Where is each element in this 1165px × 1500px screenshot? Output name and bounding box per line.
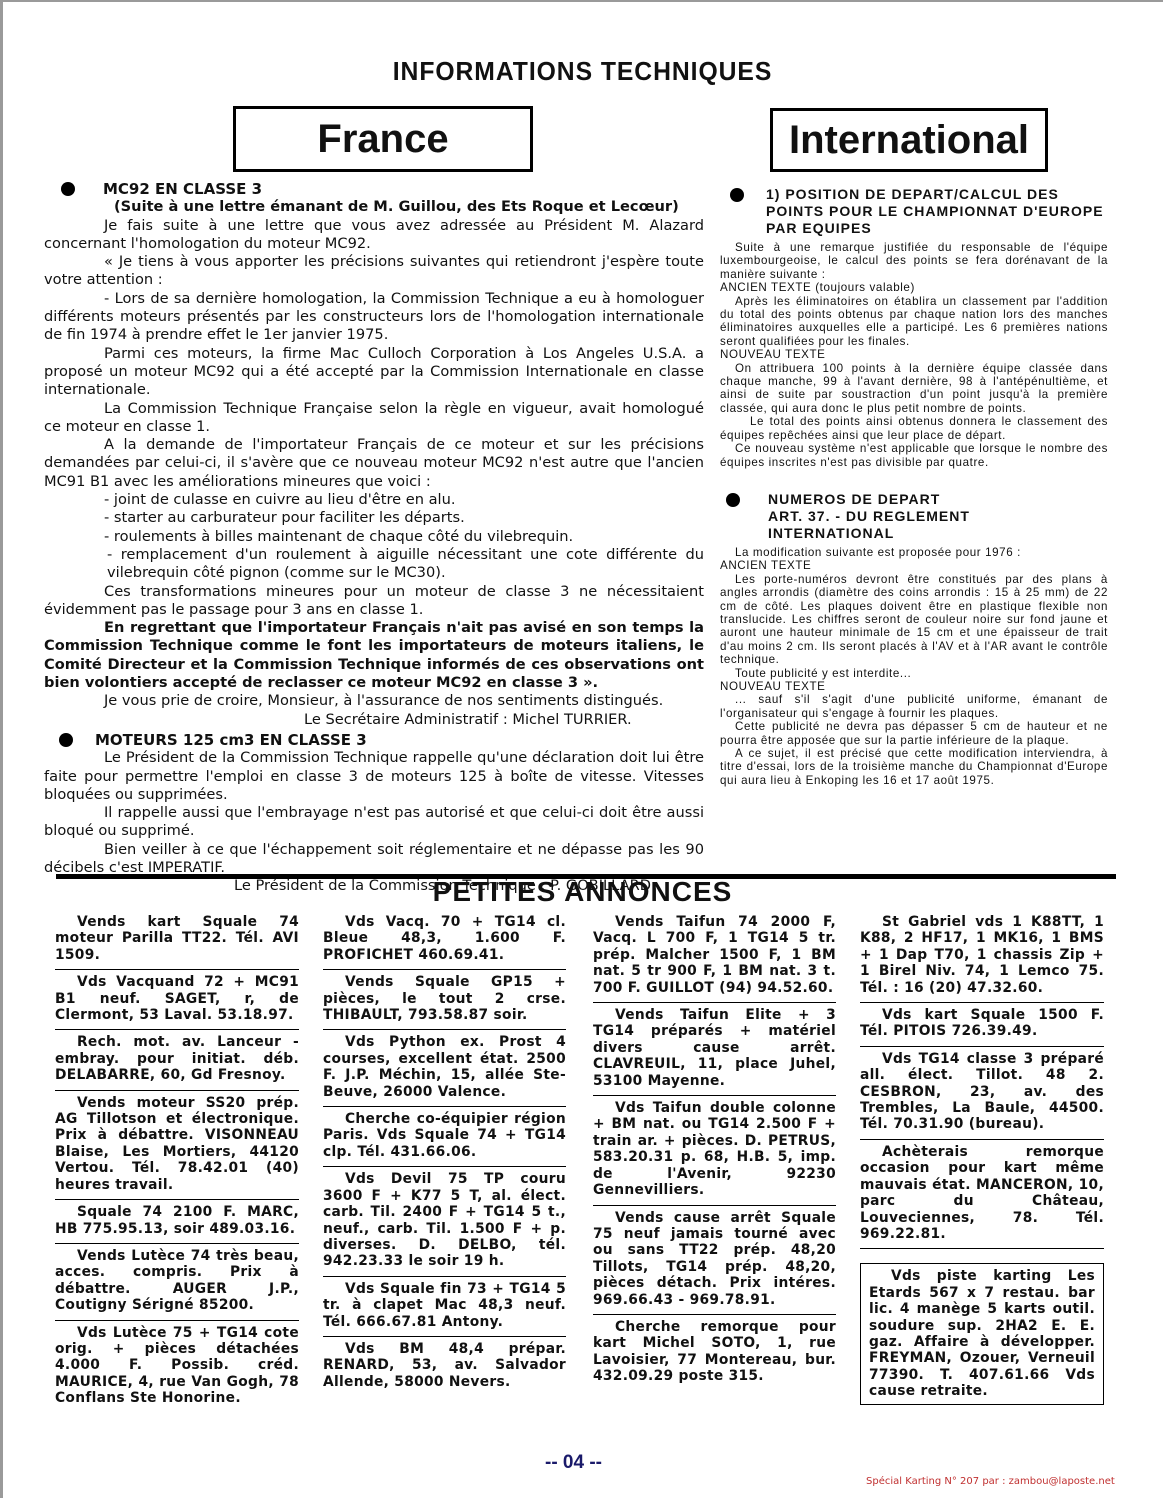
- classified-ad: Cherche remorque pour kart Michel SOTO, …: [593, 1315, 836, 1391]
- classified-ad-text: Vds Vacquand 72 + MC91 B1 neuf. SAGET, r…: [55, 974, 299, 1023]
- classified-ad-text: Vds kart Squale 1500 F. Tél. PITOIS 726.…: [860, 1007, 1104, 1040]
- classified-ad: Vends Lutèce 74 très beau, acces. compri…: [55, 1244, 299, 1321]
- article-title: 1) POSITION DE DEPART/CALCUL DES POINTS …: [766, 186, 1108, 237]
- paragraph: Le Président de la Commission Technique …: [44, 749, 704, 804]
- paragraph: Suite à une remarque justifiée du respon…: [720, 241, 1108, 281]
- page-title: INFORMATIONS TECHNIQUES: [29, 56, 1136, 87]
- bullet-icon: [730, 188, 744, 202]
- classified-ad-text: Rech. mot. av. Lanceur - embray. pour in…: [55, 1034, 299, 1083]
- classified-ad-text: Cherche co-équipier région Paris. Vds Sq…: [323, 1111, 566, 1160]
- paragraph: Je fais suite à une lettre que vous avez…: [44, 217, 704, 254]
- article-heading: 1) POSITION DE DEPART/CALCUL DES POINTS …: [720, 186, 1108, 237]
- classified-ad-text: Vds Python ex. Prost 4 courses, excellen…: [323, 1034, 566, 1100]
- paragraph: Il rappelle aussi que l'embrayage n'est …: [44, 804, 704, 841]
- classified-ad: Vds kart Squale 1500 F. Tél. PITOIS 726.…: [860, 1003, 1104, 1047]
- classified-ad: Cherche co-équipier région Paris. Vds Sq…: [323, 1107, 566, 1167]
- classified-ad-text: Vds Taifun double colonne + BM nat. ou T…: [593, 1100, 836, 1198]
- classified-ad-text: Vends Taifun 74 2000 F, Vacq. L 700 F, 1…: [593, 914, 836, 996]
- list-item: - starter au carburateur pour faciliter …: [44, 509, 704, 527]
- classified-ad: Rech. mot. av. Lanceur - embray. pour in…: [55, 1030, 299, 1090]
- classified-ad-text: Vends kart Squale 74 moteur Parilla TT22…: [55, 914, 299, 963]
- france-column: MC92 EN CLASSE 3 (Suite à une lettre éma…: [44, 180, 704, 896]
- article-title: MC92 EN CLASSE 3: [103, 180, 262, 198]
- paragraph: - Lors de sa dernière homologation, la C…: [44, 290, 704, 345]
- classified-ad-text: Vds BM 48,4 prépar. RENARD, 53, av. Salv…: [323, 1341, 566, 1390]
- paragraph: Bien veiller à ce que l'échappement soit…: [44, 841, 704, 878]
- heading-line: ART. 37. - DU REGLEMENT: [768, 508, 970, 525]
- classified-ad-text: Vds Squale fin 73 + TG14 5 tr. à clapet …: [323, 1281, 566, 1330]
- paragraph: On attribuera 100 points à la dernière é…: [720, 362, 1108, 416]
- classified-ad: Vends kart Squale 74 moteur Parilla TT22…: [55, 910, 299, 970]
- classified-ad-text: Achèterais remorque occasion pour kart m…: [860, 1144, 1104, 1242]
- classified-ad: Vends moteur SS20 prép. AG Tillotson et …: [55, 1091, 299, 1200]
- bullet-icon: [726, 493, 740, 507]
- classified-ad: Vds TG14 classe 3 préparé all. élect. Ti…: [860, 1047, 1104, 1140]
- bullet-icon: [59, 733, 73, 747]
- classified-ad: Vds Vacquand 72 + MC91 B1 neuf. SAGET, r…: [55, 970, 299, 1030]
- section-international-heading: International: [770, 108, 1048, 172]
- paragraph: Ce nouveau système n'est applicable que …: [720, 442, 1108, 469]
- classified-ad: Vends Squale GP15 + pièces, le tout 2 cr…: [323, 970, 566, 1030]
- classified-ad-text: Vends Taifun Elite + 3 TG14 préparés + m…: [593, 1007, 836, 1089]
- classified-ad-text: Squale 74 2100 F. MARC, HB 775.95.13, so…: [55, 1204, 299, 1237]
- classified-ad: Vends Taifun 74 2000 F, Vacq. L 700 F, 1…: [593, 910, 836, 1003]
- international-column: 1) POSITION DE DEPART/CALCUL DES POINTS …: [720, 186, 1108, 787]
- heading-line: NUMEROS DE DEPART: [768, 491, 970, 508]
- list-item: - remplacement d'un roulement à aiguille…: [44, 546, 704, 583]
- article-subheading: (Suite à une lettre émanant de M. Guillo…: [44, 198, 704, 216]
- label-new-text: NOUVEAU TEXTE: [720, 680, 1108, 693]
- classified-ad-text: Vds Devil 75 TP couru 3600 F + K77 5 T, …: [323, 1171, 566, 1269]
- classified-ad: Vds Squale fin 73 + TG14 5 tr. à clapet …: [323, 1277, 566, 1337]
- article-heading: NUMEROS DE DEPART ART. 37. - DU REGLEMEN…: [720, 491, 1108, 542]
- classified-ad: Squale 74 2100 F. MARC, HB 775.95.13, so…: [55, 1200, 299, 1244]
- classified-ad-text: Vds Vacq. 70 + TG14 cl. Bleue 48,3, 1.60…: [323, 914, 566, 963]
- classified-ad-text: Cherche remorque pour kart Michel SOTO, …: [593, 1319, 836, 1385]
- paragraph: A la demande de l'importateur Français d…: [44, 436, 704, 491]
- classified-ad: Vds Taifun double colonne + BM nat. ou T…: [593, 1096, 836, 1205]
- page-number: -- 04 --: [545, 1452, 602, 1474]
- paragraph-bold: En regrettant que l'importateur Français…: [44, 619, 704, 692]
- classified-ad: St Gabriel vds 1 K88TT, 1 K88, 2 HF17, 1…: [860, 910, 1104, 1003]
- classified-ad: Vends cause arrêt Squale 75 neuf jamais …: [593, 1206, 836, 1315]
- classifieds-title: PETITES ANNONCES: [0, 876, 1165, 908]
- paragraph: Je vous prie de croire, Monsieur, à l'as…: [44, 692, 704, 710]
- signature: Le Secrétaire Administratif : Michel TUR…: [44, 711, 704, 729]
- heading-line: INTERNATIONAL: [768, 525, 970, 542]
- classifieds-column-1: Vends kart Squale 74 moteur Parilla TT22…: [55, 910, 299, 1413]
- list-item: - roulements à billes maintenant de chaq…: [44, 528, 704, 546]
- paragraph: La Commission Technique Française selon …: [44, 400, 704, 437]
- paragraph: Les porte-numéros devront être constitué…: [720, 573, 1108, 667]
- paragraph: Après les éliminatoires on établira un c…: [720, 295, 1108, 349]
- boxed-classified-ad: Vds piste karting Les Etards 567 x 7 res…: [860, 1263, 1104, 1404]
- paragraph: La modification suivante est proposée po…: [720, 546, 1108, 559]
- classified-ad-text: Vds TG14 classe 3 préparé all. élect. Ti…: [860, 1051, 1104, 1133]
- classified-ad: Achèterais remorque occasion pour kart m…: [860, 1140, 1104, 1249]
- classified-ad-text: Vends Lutèce 74 très beau, acces. compri…: [55, 1248, 299, 1314]
- article-title: NUMEROS DE DEPART ART. 37. - DU REGLEMEN…: [768, 491, 970, 542]
- classified-ad: Vds Vacq. 70 + TG14 cl. Bleue 48,3, 1.60…: [323, 910, 566, 970]
- section-france-heading: France: [233, 106, 533, 172]
- article-heading: MOTEURS 125 cm3 EN CLASSE 3: [44, 731, 704, 749]
- classified-ad-text: St Gabriel vds 1 K88TT, 1 K88, 2 HF17, 1…: [860, 914, 1104, 996]
- classifieds-column-4: St Gabriel vds 1 K88TT, 1 K88, 2 HF17, 1…: [860, 910, 1104, 1405]
- label-old-text: ANCIEN TEXTE (toujours valable): [720, 281, 1108, 294]
- paragraph: A ce sujet, il est précisé que cette mod…: [720, 747, 1108, 787]
- scan-credit: Spécial Karting N° 207 par : zambou@lapo…: [866, 1476, 1115, 1487]
- classified-ad-text: Vds Lutèce 75 + TG14 cote orig. + pièces…: [55, 1325, 299, 1407]
- label-old-text: ANCIEN TEXTE: [720, 559, 1108, 572]
- article-heading: MC92 EN CLASSE 3: [44, 180, 704, 198]
- classified-ad: Vds BM 48,4 prépar. RENARD, 53, av. Salv…: [323, 1337, 566, 1396]
- paragraph: Toute publicité y est interdite...: [720, 667, 1108, 680]
- label-new-text: NOUVEAU TEXTE: [720, 348, 1108, 361]
- classified-ad: Vends Taifun Elite + 3 TG14 préparés + m…: [593, 1003, 836, 1096]
- classified-ad-text: Vds piste karting Les Etards 567 x 7 res…: [869, 1268, 1095, 1399]
- paragraph: Ces transformations mineures pour un mot…: [44, 583, 704, 620]
- classified-ad-text: Vends cause arrêt Squale 75 neuf jamais …: [593, 1210, 836, 1308]
- bullet-icon: [61, 182, 75, 196]
- paragraph: « Je tiens à vous apporter les précision…: [44, 253, 704, 290]
- classifieds-column-3: Vends Taifun 74 2000 F, Vacq. L 700 F, 1…: [593, 910, 836, 1391]
- classified-ad: Vds Python ex. Prost 4 courses, excellen…: [323, 1030, 566, 1107]
- article-title: MOTEURS 125 cm3 EN CLASSE 3: [95, 731, 367, 749]
- list-item: - joint de culasse en cuivre au lieu d'ê…: [44, 491, 704, 509]
- paragraph: Le total des points ainsi obtenus donner…: [720, 415, 1108, 442]
- classifieds-column-2: Vds Vacq. 70 + TG14 cl. Bleue 48,3, 1.60…: [323, 910, 566, 1396]
- classified-ad-text: Vends moteur SS20 prép. AG Tillotson et …: [55, 1095, 299, 1193]
- classified-ad: Vds Devil 75 TP couru 3600 F + K77 5 T, …: [323, 1167, 566, 1276]
- classified-ad-text: Vends Squale GP15 + pièces, le tout 2 cr…: [323, 974, 566, 1023]
- paragraph: ... sauf s'il s'agit d'une publicité uni…: [720, 693, 1108, 720]
- paragraph: Cette publicité ne devra pas dépasser 5 …: [720, 720, 1108, 747]
- classified-ad: Vds Lutèce 75 + TG14 cote orig. + pièces…: [55, 1321, 299, 1413]
- paragraph: Parmi ces moteurs, la firme Mac Culloch …: [44, 345, 704, 400]
